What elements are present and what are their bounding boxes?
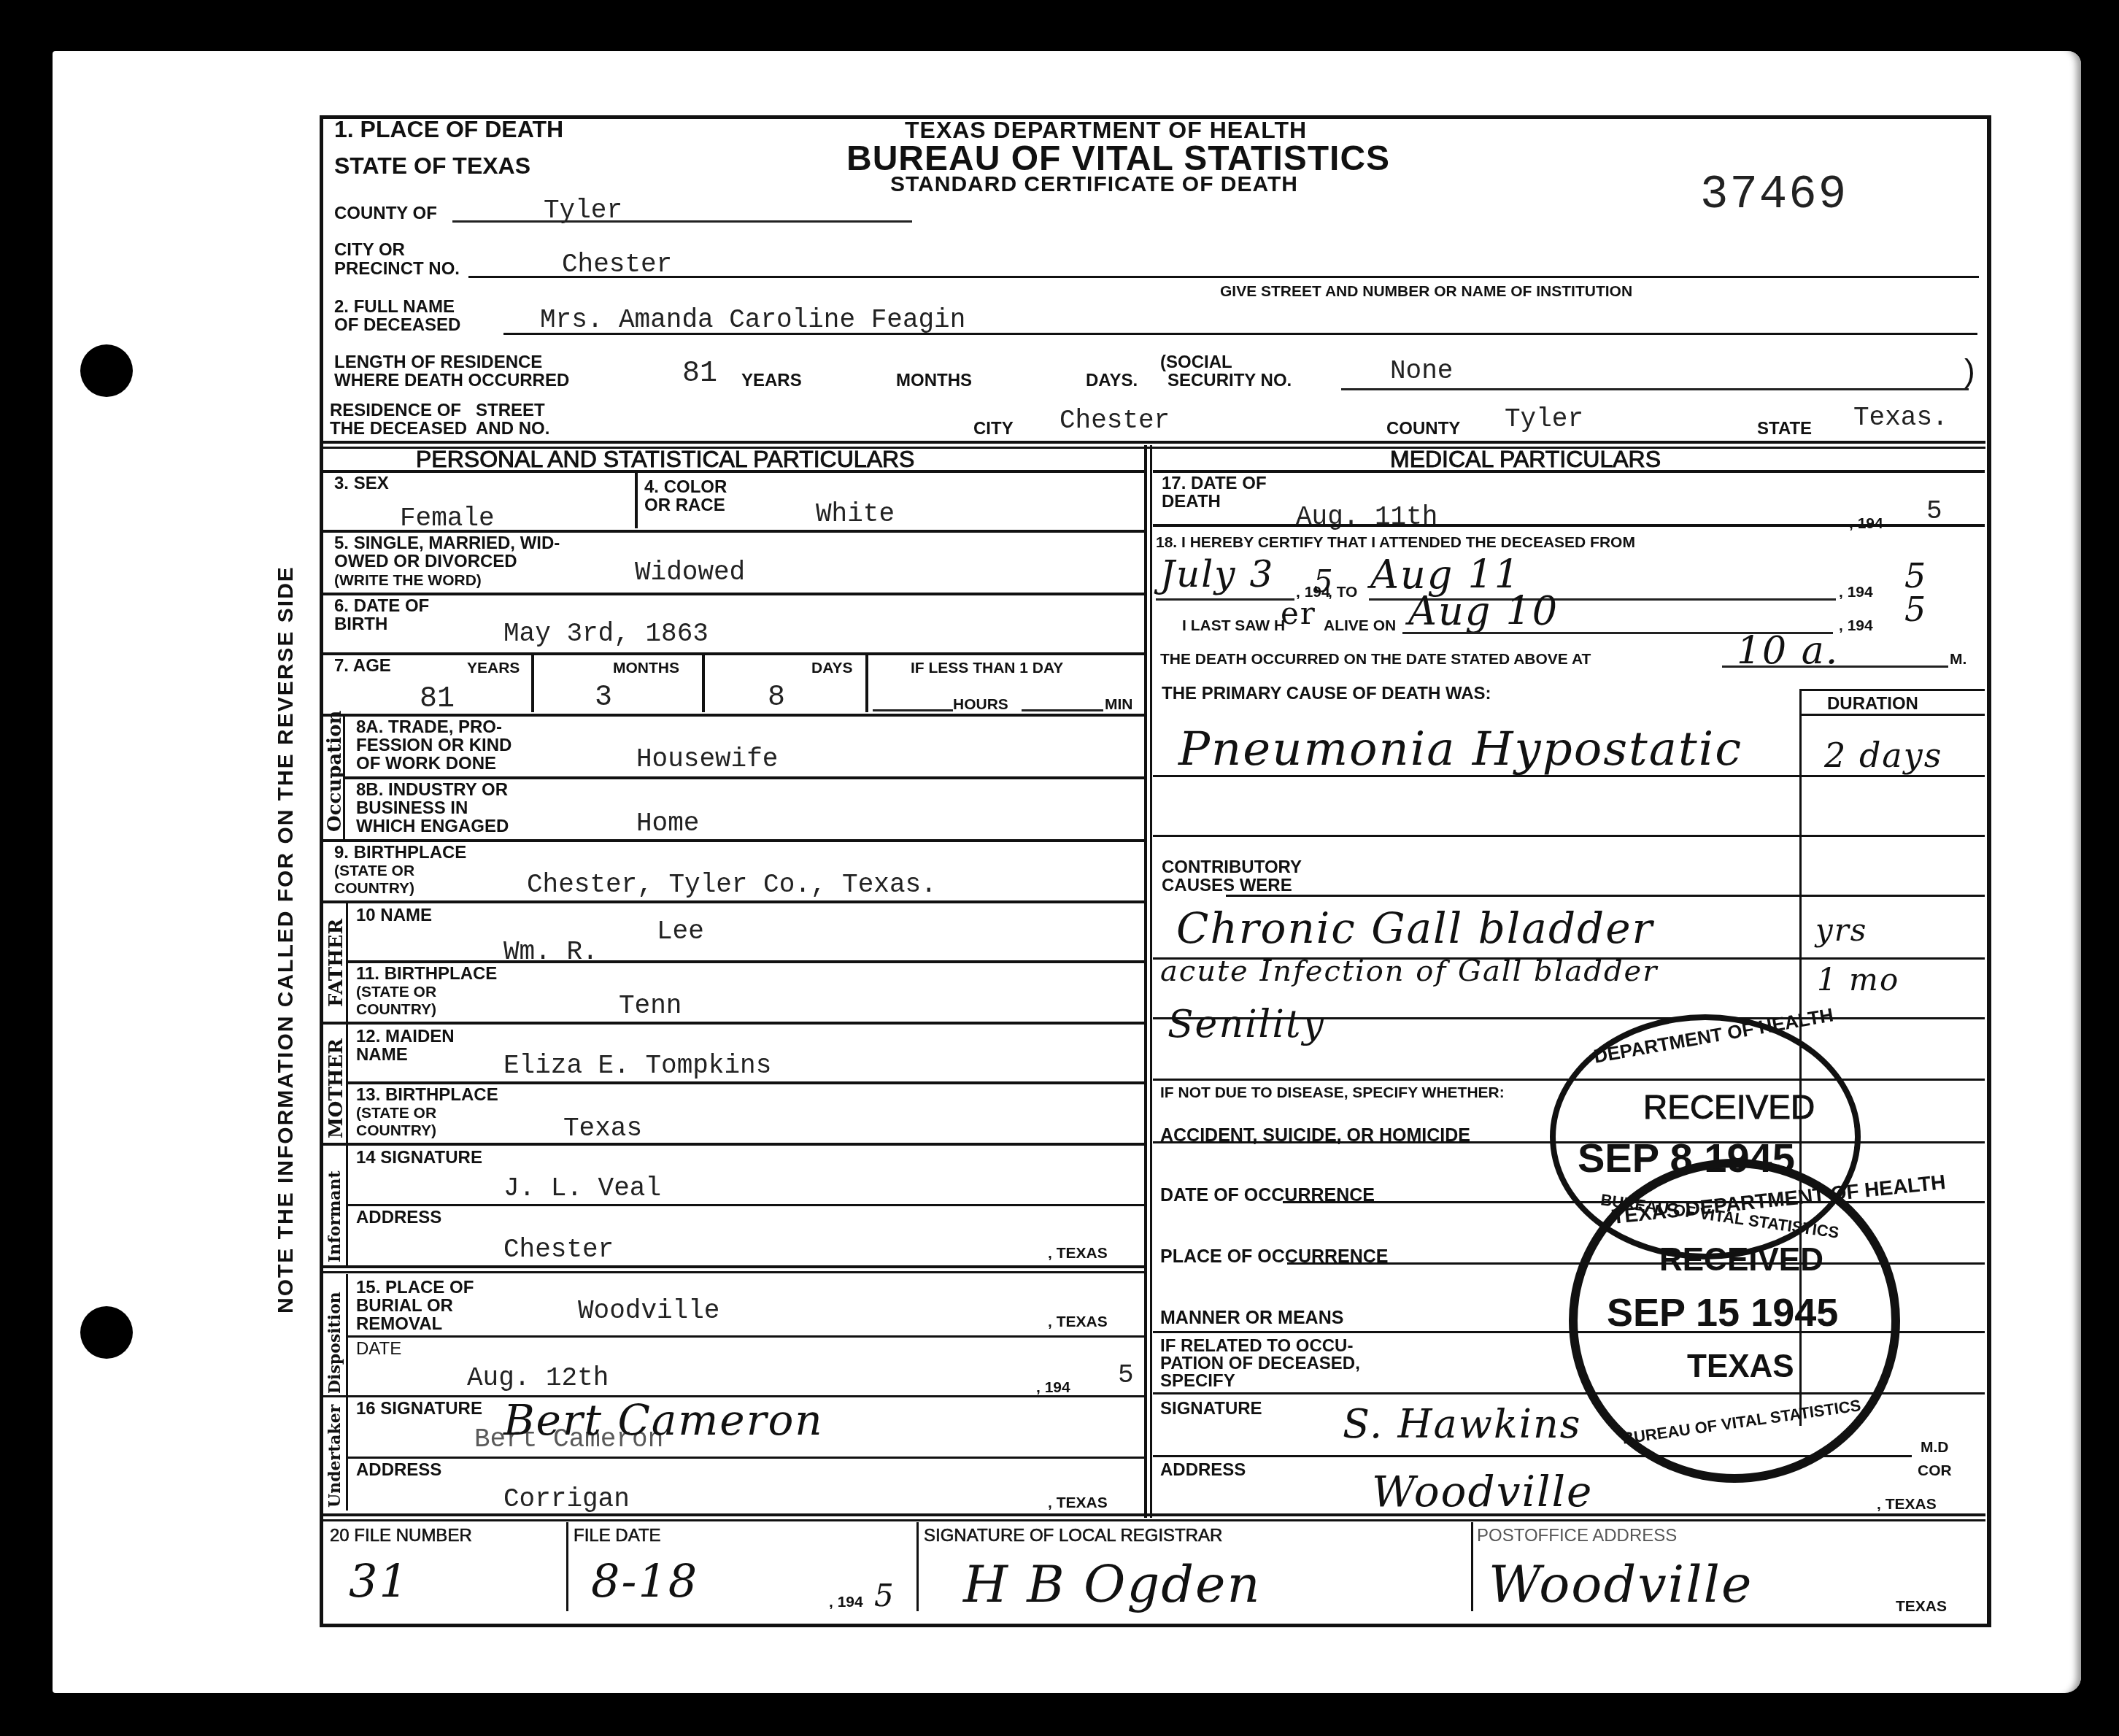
rule-burial [347, 1335, 1144, 1338]
father-bp-label-2: (STATE OR [356, 984, 436, 1001]
trade-label-3: OF WORK DONE [356, 755, 496, 773]
burial-year-digit: 5 [1118, 1360, 1134, 1390]
undertaker-address: Corrigan [503, 1484, 630, 1514]
name-label-2: OF DECEASED [334, 316, 460, 334]
trade-label-1: 8A. TRADE, PRO- [356, 718, 502, 736]
mother-bp-label-3: COUNTRY) [356, 1122, 436, 1140]
contributory-cause-2: acute Infection of Gall bladder [1160, 954, 1658, 988]
marital-label-2: OWED OR DIVORCED [334, 552, 517, 571]
death-time-suffix: M. [1950, 651, 1966, 668]
rule-age [323, 714, 1144, 717]
industry-label-2: BUSINESS IN [356, 799, 468, 817]
sex-label: 3. SEX [334, 474, 389, 493]
color-label-2: OR RACE [644, 496, 725, 514]
dod-year-digit: 5 [1926, 496, 1942, 526]
burial-date: Aug. 12th [467, 1363, 609, 1393]
less-than-day-label: IF LESS THAN 1 DAY [911, 660, 1063, 677]
birthplace-label-1: 9. BIRTHPLACE [334, 844, 466, 862]
rule-sex [323, 530, 1144, 533]
personal-title-rule [323, 470, 1144, 473]
death-time-label: THE DEATH OCCURRED ON THE DATE STATED AB… [1160, 651, 1591, 668]
attended-to-year-prefix: , 194 [1839, 584, 1873, 601]
rule-dod [1153, 524, 1985, 527]
marital-label-3: (WRITE THE WORD) [334, 572, 482, 590]
rule-mother-bp [323, 1143, 1144, 1146]
age-months: 3 [595, 682, 612, 714]
rule-trade [344, 776, 1144, 779]
rule-informant [347, 1204, 1144, 1206]
received-stamp-2: TEXAS DEPARTMENT OF HEALTH RECEIVED SEP … [1569, 1159, 1900, 1483]
to-label: , TO [1328, 584, 1357, 601]
mother-side-label: MOTHER [325, 1038, 347, 1138]
mother-bp-label-2: (STATE OR [356, 1105, 436, 1122]
burial-label-3: REMOVAL [356, 1315, 442, 1333]
street-label-1: STREET [476, 401, 545, 420]
residence-divider-1 [323, 441, 1985, 444]
res-county-value: Tyler [1505, 404, 1583, 434]
file-year-digit: 5 [874, 1578, 895, 1613]
age-div-1 [531, 654, 534, 712]
rule-mother-name [347, 1081, 1144, 1084]
last-saw-date: Aug 10 [1408, 588, 1559, 634]
last-saw-year: 5 [1904, 590, 1927, 629]
residence-label-2: THE DECEASED [330, 420, 467, 438]
certify-label: 18. I HEREBY CERTIFY THAT I ATTENDED THE… [1156, 534, 1635, 552]
burial-texas: , TEXAS [1048, 1313, 1108, 1331]
file-date: 8-18 [591, 1554, 698, 1608]
occ-related-label-3: SPECIFY [1160, 1372, 1235, 1390]
father-name-last: Lee [657, 917, 704, 946]
birthplace-label-3: COUNTRY) [334, 880, 414, 898]
contributory-cause-1: Chronic Gall bladder [1176, 903, 1653, 953]
rule-birthplace [323, 900, 1144, 903]
primary-duration: 2 days [1824, 736, 1942, 775]
city-underline [468, 276, 1979, 278]
rule-primary-2 [1153, 835, 1985, 837]
informant-sig-label: 14 SIGNATURE [356, 1149, 482, 1167]
last-saw-label-b: ALIVE ON [1324, 617, 1396, 635]
primary-cause: Pneumonia Hypostatic [1178, 722, 1742, 776]
residence-length-label-2: WHERE DEATH OCCURRED [334, 371, 569, 390]
rule-filing-2 [323, 1519, 1985, 1521]
contributory-duration-2: 1 mo [1817, 962, 1899, 998]
undertaker-side-rule [346, 1397, 348, 1511]
last-saw-label-a: I LAST SAW H [1182, 617, 1285, 635]
sex-color-divider [635, 473, 638, 528]
rule-father-bp [323, 1022, 1144, 1025]
industry-label-3: WHICH ENGAGED [356, 817, 509, 836]
rule-primary-1 [1153, 775, 1985, 777]
physician-texas: , TEXAS [1877, 1496, 1937, 1513]
ssn-underline [1341, 388, 1969, 390]
stamp-2-date: SEP 15 1945 [1607, 1290, 1838, 1335]
burial-year-prefix: , 194 [1036, 1379, 1070, 1397]
contributory-duration-1: yrs [1815, 912, 1867, 948]
informant-value: J. L. Veal [503, 1173, 661, 1203]
min-label: MIN [1105, 696, 1133, 714]
birthplace-label-2: (STATE OR [334, 863, 414, 880]
contributory-label-1: CONTRIBUTORY [1162, 858, 1302, 876]
disposition-side-label: Disposition [325, 1292, 344, 1394]
age-div-3 [865, 654, 868, 712]
rule-industry [323, 839, 1144, 842]
burial-place: Woodville [578, 1296, 719, 1326]
age-days-label: DAYS [811, 660, 852, 677]
last-saw-pronoun: er [1281, 595, 1316, 631]
marital-label-1: 5. SINGLE, MARRIED, WID- [334, 534, 560, 552]
dod-value: Aug. 11th [1296, 502, 1437, 532]
file-div-2 [916, 1522, 919, 1611]
age-days: 8 [768, 682, 785, 714]
hours-underline [873, 709, 953, 711]
ssn-value: None [1390, 356, 1453, 386]
residence-years: 81 [682, 358, 717, 390]
postoffice-label: POSTOFFICE ADDRESS [1477, 1527, 1677, 1545]
burial-label-2: BURIAL OR [356, 1297, 453, 1315]
contributory-label-2: CAUSES WERE [1162, 876, 1292, 895]
attended-from-underline [1156, 598, 1294, 601]
postoffice-texas: TEXAS [1896, 1598, 1947, 1616]
name-underline [503, 333, 1977, 335]
ssn-label-2: SECURITY NO. [1167, 371, 1292, 390]
personal-section-title: PERSONAL AND STATISTICAL PARTICULARS [416, 447, 914, 471]
md-label: M.D [1921, 1439, 1949, 1457]
father-side-label: FATHER [325, 919, 347, 1007]
city-label-2: PRECINCT NO. [334, 260, 460, 278]
days-label: DAYS. [1086, 371, 1138, 390]
medical-title-rule [1153, 470, 1985, 473]
postoffice-value: Woodville [1489, 1554, 1753, 1614]
contributory-cause-3: Senility [1167, 1003, 1325, 1046]
residence-label-1: RESIDENCE OF [330, 401, 461, 420]
rule-marital [323, 593, 1144, 595]
not-disease-label: IF NOT DUE TO DISEASE, SPECIFY WHETHER: [1160, 1084, 1505, 1102]
rule-father-name [347, 960, 1144, 963]
res-county-label: COUNTY [1386, 420, 1460, 438]
burial-date-label: DATE [356, 1340, 401, 1358]
deceased-name: Mrs. Amanda Caroline Feagin [540, 305, 965, 335]
informant-side-label: Informant [325, 1170, 344, 1262]
dod-label-1: 17. DATE OF [1162, 474, 1267, 493]
informant-texas: , TEXAS [1048, 1245, 1108, 1262]
rule-contrib-0 [1226, 895, 1985, 897]
stamp-2-state: TEXAS [1687, 1349, 1794, 1385]
center-divider-2 [1150, 445, 1152, 1518]
duration-top-rule [1801, 689, 1985, 691]
stamp-2-word: RECEIVED [1659, 1242, 1823, 1278]
industry-value: Home [636, 809, 699, 838]
death-time-underline [1722, 666, 1948, 668]
physician-address: Woodville [1372, 1467, 1593, 1516]
age-label: 7. AGE [334, 657, 391, 675]
punch-hole-top [80, 344, 133, 397]
physician-signature: S. Hawkins [1343, 1401, 1581, 1447]
rule-undertaker [347, 1457, 1144, 1459]
age-years-label: YEARS [467, 660, 520, 677]
ssn-close-paren: ) [1964, 353, 1975, 390]
res-city-label: CITY [973, 420, 1014, 438]
street-label-2: AND NO. [476, 420, 549, 438]
duration-label-rule [1801, 714, 1985, 716]
informant-side-rule [346, 1144, 348, 1268]
rule-informant-2 [323, 1271, 1144, 1273]
disposition-side-rule [346, 1274, 348, 1395]
res-state-value: Texas. [1853, 403, 1948, 433]
physician-sig-label: SIGNATURE [1160, 1400, 1262, 1418]
hours-label: HOURS [953, 696, 1008, 714]
age-div-2 [702, 654, 705, 712]
res-city-value: Chester [1059, 406, 1170, 436]
informant-addr-label: ADDRESS [356, 1208, 441, 1227]
undertaker-side-label: Undertaker [325, 1405, 344, 1508]
trade-value: Housewife [636, 744, 778, 774]
trade-label-2: FESSION OR KIND [356, 736, 512, 755]
mother-name: Eliza E. Tompkins [503, 1051, 771, 1081]
undertaker-addr-label: ADDRESS [356, 1461, 441, 1479]
punch-hole-bottom [80, 1306, 133, 1359]
stamp-2-ring-bottom: BUREAU OF VITAL STATISTICS [1621, 1396, 1862, 1448]
age-months-label: MONTHS [613, 660, 679, 677]
res-state-label: STATE [1757, 420, 1812, 438]
physician-addr-label: ADDRESS [1160, 1461, 1246, 1479]
industry-label-1: 8B. INDUSTRY OR [356, 781, 508, 799]
mother-name-label-1: 12. MAIDEN [356, 1027, 455, 1046]
undertaker-sig-label: 16 SIGNATURE [356, 1400, 482, 1418]
manner-label: MANNER OR MEANS [1160, 1309, 1343, 1327]
min-underline [1022, 709, 1103, 711]
center-divider-1 [1144, 445, 1147, 1518]
rule-filing-1 [323, 1513, 1985, 1516]
months-label: MONTHS [896, 371, 972, 390]
marital-value: Widowed [635, 558, 745, 587]
file-div-3 [1471, 1522, 1473, 1611]
color-value: White [816, 499, 895, 529]
undertaker-signature: Bert Cameron [503, 1395, 824, 1445]
residence-length-label-1: LENGTH OF RESIDENCE [334, 353, 542, 371]
dob-label-2: BIRTH [334, 615, 387, 633]
father-bp-label-3: COUNTRY) [356, 1001, 436, 1019]
color-label-1: 4. COLOR [644, 478, 727, 496]
last-saw-year-prefix: , 194 [1839, 617, 1873, 635]
dob-value: May 3rd, 1863 [503, 619, 709, 649]
burial-label-1: 15. PLACE OF [356, 1278, 474, 1297]
occ-related-label-2: PATION OF DECEASED, [1160, 1354, 1360, 1373]
informant-address: Chester [503, 1235, 614, 1265]
sex-value: Female [400, 504, 495, 533]
father-name-label: 10 NAME [356, 906, 432, 925]
age-years: 81 [420, 683, 455, 716]
dob-label-1: 6. DATE OF [334, 597, 429, 615]
father-birthplace: Tenn [619, 991, 682, 1021]
file-date-label: FILE DATE [574, 1527, 661, 1545]
city-label-1: CITY OR [334, 241, 405, 259]
duration-label: DURATION [1827, 695, 1918, 713]
mother-birthplace: Texas [563, 1114, 642, 1143]
file-number-label: 20 FILE NUMBER [330, 1527, 472, 1545]
reverse-side-note: NOTE THE INFORMATION CALLED FOR ON THE R… [274, 566, 298, 1313]
file-div-1 [566, 1522, 568, 1611]
birthplace-value: Chester, Tyler Co., Texas. [527, 870, 937, 900]
cor-label: COR [1918, 1462, 1952, 1480]
stamp-1-word: RECEIVED [1643, 1087, 1815, 1127]
file-year-prefix: , 194 [829, 1594, 863, 1611]
years-label: YEARS [741, 371, 802, 390]
ssn-label-1: (SOCIAL [1160, 353, 1232, 371]
county-underline [452, 220, 912, 223]
name-label-1: 2. FULL NAME [334, 298, 455, 316]
undertaker-texas: , TEXAS [1048, 1494, 1108, 1512]
registrar-signature: H B Ogden [963, 1554, 1262, 1614]
registrar-label: SIGNATURE OF LOCAL REGISTRAR [924, 1527, 1222, 1545]
mother-name-label-2: NAME [356, 1046, 408, 1064]
file-number: 31 [349, 1554, 409, 1608]
primary-cause-label: THE PRIMARY CAUSE OF DEATH WAS: [1162, 684, 1491, 703]
occupation-side-label: Occupation [324, 711, 346, 832]
rule-dob [323, 652, 1144, 655]
father-bp-label-1: 11. BIRTHPLACE [356, 965, 497, 983]
mother-bp-label-1: 13. BIRTHPLACE [356, 1086, 498, 1104]
attended-from: July 3 [1160, 553, 1274, 595]
medical-section-title: MEDICAL PARTICULARS [1390, 447, 1661, 471]
occ-related-label-1: IF RELATED TO OCCU- [1160, 1337, 1353, 1355]
county-label: COUNTY OF [334, 203, 437, 225]
city-value: Chester [562, 250, 672, 279]
rule-informant-1 [323, 1265, 1144, 1268]
dod-label-2: DEATH [1162, 493, 1221, 511]
institution-hint: GIVE STREET AND NUMBER OR NAME OF INSTIT… [1220, 283, 1632, 301]
